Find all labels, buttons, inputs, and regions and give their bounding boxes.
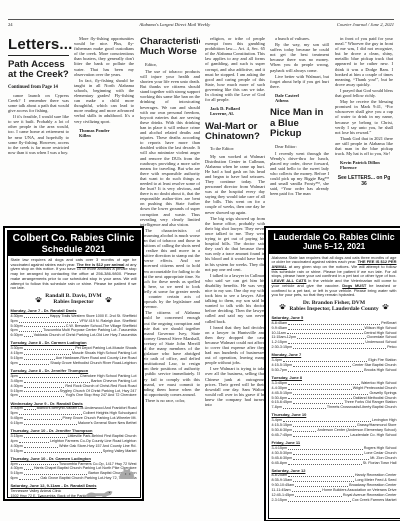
paw-print-icon [382, 303, 389, 310]
characteristics-body-col4: religion, or tribe of people exempt from… [205, 36, 265, 102]
dotted-leader [24, 469, 33, 470]
dog-illustration [84, 488, 114, 498]
schedule-row: 2-3:15pmCox Creek Farmers Market [272, 498, 397, 503]
dotted-leader [293, 366, 351, 367]
letter-paragraph: I recently went through the Wendy's driv… [270, 151, 329, 197]
dotted-leader [288, 501, 351, 502]
dotted-leader [19, 377, 79, 378]
blue-pickup-headline: Nice Man in a Blue Pickup [270, 108, 329, 139]
dotted-leader [24, 409, 36, 410]
letters-section-title: Letters... [8, 36, 69, 56]
letter-paragraph: My son worked at Walmart Distribution Ce… [205, 154, 265, 215]
header-rule [8, 19, 394, 20]
characteristics-headline: Characteristics Much Worse [140, 37, 200, 58]
schedule-day-heading: Monday, June 7 - Dr. Randall Davis [11, 308, 137, 313]
schedule-time: 6pm [11, 361, 18, 366]
column-3: Characteristics Much Worse Editor, The u… [140, 36, 200, 518]
dotted-leader [19, 331, 42, 332]
dotted-leader [24, 387, 65, 388]
dotted-leader [24, 359, 55, 360]
schedule-location: Shady Grove Methodist Church River Road-… [50, 361, 136, 366]
schedule-row: 7-8pmThreets Crossroads/Liberty Baptist … [272, 405, 397, 410]
dotted-leader [288, 371, 363, 372]
dotted-leader [288, 449, 363, 450]
schedule-row: 6:15pmMalone's General Store New Bethel [11, 421, 137, 426]
lauderdale-clinic-header: Lauderdale Co. Rabies Clinic June 5–12, … [269, 231, 400, 254]
schedule-day-heading: Thursday, June 10 - Dr. Jennifer Thompso… [11, 428, 137, 433]
schedule-time: 7-8pm [272, 405, 282, 410]
schedule-time: 6pm [11, 476, 18, 481]
schedule-time: 6:30pm [11, 333, 23, 338]
dotted-leader [293, 426, 356, 427]
schedule-time: 2-3:15pm [272, 498, 288, 503]
dotted-leader [24, 391, 59, 392]
letter-paragraph: I see Walmart is trying to take over all… [205, 366, 265, 407]
letter-paragraph: Thank God that in 2021 there are still p… [335, 136, 393, 156]
schedule-location: Spring Valley Market [103, 449, 137, 454]
schedule-row: 6pmShady Grove Methodist Church River Ro… [11, 361, 137, 366]
letter-paragraph: More fly-fishing opportunities would be … [74, 36, 134, 77]
characteristics-salutation: Editor, [140, 62, 200, 67]
path-access-body-col1: canoe launch on Cypress Creek? I remembe… [8, 93, 69, 155]
schedule-row: 6pmYogi's One Stop Hwy 247 And 72 Cherok… [11, 393, 137, 398]
schedule-location: Cox Creek Farmers Market [352, 498, 396, 503]
dotted-leader [283, 408, 326, 409]
letter-paragraph: a bunch of vultures. [270, 36, 329, 41]
see-more-note: See LETTERS... on Pg 36 [335, 175, 393, 187]
letter-paragraph: By the way, my son still suffers today b… [270, 42, 329, 73]
letter-paragraph: I talked to a lawyer in Cullman who said… [205, 273, 265, 324]
colbert-clinic-title: Colbert Co. Rabies Clinic [8, 233, 140, 244]
letter-paragraph: Live better with Walmart, but forget abo… [270, 74, 329, 89]
letter-paragraph: The use of tobacco products will injure … [140, 69, 200, 227]
schedule-day-heading: Thursday, June 10 [272, 412, 397, 417]
walmart-signature: Dale Casteel Athens [270, 93, 329, 103]
schedule-day-heading: Tuesday, June 8 - Dr. Jennifer Thompson [11, 368, 137, 373]
signature-city: Florence [335, 165, 393, 170]
page-header: 24 Alabama's Largest Direct Mail Weekly … [8, 22, 394, 27]
dotted-leader [24, 447, 58, 448]
intro-segment: at any given stop on this notice. If you… [11, 262, 137, 291]
schedule-time: 6:45-7:45pm [272, 433, 293, 438]
schedule-row: 5:15pmSpring Valley Market [11, 449, 137, 454]
paw-print-icon [45, 496, 55, 498]
letter-paragraph: If it's feasible, I would sure like to s… [8, 114, 69, 155]
dotted-leader [288, 398, 352, 399]
schedule-time: 6pm [11, 393, 18, 398]
colbert-clinic-subtitle: Schedule 2021 [8, 244, 140, 254]
dotted-leader [24, 382, 90, 383]
dotted-leader [19, 322, 79, 323]
lauderdale-inspector-title: Rabies Inspector, Lauderdale County [289, 306, 378, 312]
schedule-row: 5:30-7pmBrooks High School [272, 368, 397, 373]
dotted-leader [292, 491, 322, 492]
colbert-inspector-block: Randall B. Davis, DVM Rabies Inspector [11, 293, 137, 306]
colbert-intro-text: State law requires all dogs and cats ove… [11, 258, 137, 291]
letter-paragraph: religion, or tribe of people exempt from… [205, 36, 265, 102]
column-6: in front of you paid for your meal.” Who… [335, 36, 393, 221]
colbert-clinic-header: Colbert Co. Rabies Clinic Schedule 2021 [8, 231, 140, 257]
dotted-leader [24, 336, 33, 337]
dotted-leader [24, 354, 71, 355]
dotted-leader [283, 361, 367, 362]
schedule-day-heading: Tuesday, June 8 - Dr. Carmen Ludington [11, 340, 137, 345]
path-access-body-col2: More fly-fishing opportunities would be … [74, 36, 134, 124]
schedule-location: Lauderdale Co. High School [350, 433, 396, 438]
dotted-leader [24, 419, 62, 420]
signature-city: Luverne, Al. [205, 111, 265, 116]
schedule-time: 5:30-7pm [272, 368, 288, 373]
dotted-leader [19, 414, 82, 415]
lauderdale-clinic-title: Lauderdale Co. Rabies Clinic [269, 233, 400, 243]
letter-paragraph: In fact, fly-fishing should be taught in… [74, 78, 134, 124]
newspaper-page: 24 Alabama's Largest Direct Mail Weekly … [0, 0, 400, 521]
dotted-leader [19, 364, 50, 365]
dotted-leader [287, 333, 363, 334]
schedule-row: 6:45-8pmSt. Florian Town Hall [272, 461, 397, 466]
column-2: More fly-fishing opportunities would be … [74, 36, 134, 226]
walmart-body-col5: a bunch of vultures.By the way, my son s… [270, 36, 329, 89]
dotted-leader [24, 474, 88, 475]
schedule-time: 2:30-3:15pm [272, 345, 293, 350]
dotted-leader [288, 343, 364, 344]
lauderdale-intro-text: Alabama State law requires that all dogs… [272, 256, 397, 298]
lauderdale-rabies-clinic-ad: Lauderdale Co. Rabies Clinic June 5–12, … [264, 226, 400, 521]
dotted-leader [293, 431, 316, 432]
dotted-leader [19, 464, 58, 465]
dotted-leader [288, 329, 363, 330]
dotted-leader [19, 442, 49, 443]
schedule-day-heading: Thursday, June 10 - Dr. Carmen Ludington [11, 456, 137, 461]
dotted-leader [24, 452, 102, 453]
signature-city: Athens [270, 98, 329, 103]
walmart-body-col4: My son worked at Walmart Distribution Ce… [205, 154, 265, 408]
dotted-leader [288, 384, 360, 385]
schedule-row: 6:30pmValdosta Church of Christ Parking … [11, 333, 137, 338]
colbert-rabies-clinic-ad: Colbert Co. Rabies Clinic Schedule 2021 … [3, 226, 144, 501]
dotted-leader [19, 396, 65, 397]
lauderdale-schedule: Saturday, June 58-8:45amPetSmart9-9:45am… [272, 315, 397, 503]
characteristics-body-col3: The use of tobacco products will injure … [140, 69, 200, 403]
dotted-leader [283, 421, 371, 422]
blue-pickup-salutation: Dear Editor: [270, 144, 329, 149]
schedule-note: 1502 Hwy 72 E, Tuscumbia, Back of the Pa… [11, 494, 137, 497]
dotted-leader [24, 317, 49, 318]
dotted-leader [288, 324, 380, 325]
column-1: Letters... Path Access at the Creek? Con… [8, 36, 69, 155]
schedule-day-heading: Tuesday, June 8 [272, 375, 397, 380]
schedule-location: Petco [387, 345, 396, 350]
blue-pickup-signature: Kevin Patrick Dillon Florence [335, 160, 393, 170]
paw-print-icon [35, 494, 45, 497]
paw-print-icon [279, 303, 286, 310]
dotted-leader [19, 479, 40, 480]
dotted-leader [293, 403, 343, 404]
dotted-leader [288, 476, 354, 477]
dotted-leader [24, 424, 77, 425]
dotted-leader [24, 326, 65, 327]
dotted-leader [293, 454, 363, 455]
letter-paragraph: The characteristics of consuming alcohol… [140, 228, 200, 310]
schedule-time: 6:45-8pm [272, 461, 288, 466]
column-4: religion, or tribe of people exempt from… [205, 36, 265, 518]
dotted-leader [288, 389, 352, 390]
dotted-leader [293, 481, 354, 482]
letter-paragraph: I prayed that God would bless that good … [335, 88, 393, 98]
walmart-salutation: To the Editor: [205, 146, 265, 151]
walmart-headline: Wal-Mart or Chinatown? [205, 122, 265, 143]
schedule-day-heading: Monday, June 7 [272, 352, 397, 357]
schedule-location: Valdosta Church of Christ Parking Lot-Ol… [34, 333, 137, 338]
letter-paragraph: The big wigs showed up from the home off… [205, 216, 265, 272]
blue-pickup-body-col6: in front of you paid for your meal.” Who… [335, 36, 393, 156]
dotted-leader [297, 338, 366, 339]
schedule-location: St. Florian Town Hall [363, 461, 397, 466]
dotted-leader [24, 437, 67, 438]
schedule-location: Yogi's One Stop Hwy 247 And 72 Cherokee [65, 393, 136, 398]
paw-print-icon [35, 296, 42, 303]
characteristics-signature: Jack D. Pollard Luverne, Al. [205, 106, 265, 116]
column-5: a bunch of vultures.By the way, my son s… [270, 36, 329, 223]
schedule-row: 6:45-7:45pmLauderdale Co. High School [272, 433, 397, 438]
letter-paragraph: I heard that they had decided on a lawye… [205, 325, 265, 366]
schedule-row: 2:30-3:15pmPetco [272, 345, 397, 350]
paw-print-icon [105, 296, 112, 303]
schedule-location: Brooks High School [364, 368, 396, 373]
paw-prints-decoration [36, 495, 55, 498]
schedule-day-heading: Saturday, June 5 [272, 315, 397, 320]
letter-paragraph: canoe launch on Cypress Creek? I remembe… [8, 93, 69, 113]
letter-paragraph: The citizens of Alabama should be concer… [140, 310, 200, 397]
schedule-day-heading: Saturday, June 12, 9-11am - Dr. Randall … [11, 483, 137, 488]
dotted-leader [295, 486, 348, 487]
path-access-headline: Path Access at the Creek? [8, 60, 69, 81]
path-access-signature: Thomas Ponder Killen [74, 128, 134, 138]
continued-from-note: Continued from Page 14 [8, 85, 69, 90]
dotted-leader [293, 436, 349, 437]
schedule-day-heading: Saturday, June 12 [272, 468, 397, 473]
dotted-leader [295, 496, 342, 497]
dotted-leader [293, 348, 386, 349]
colbert-inspector-title: Rabies Inspector [45, 299, 101, 305]
lauderdale-inspector-block: Dr. Brandon Fisher, DVM Rabies Inspector… [272, 300, 397, 313]
schedule-day-heading: Friday, June 11 [272, 440, 397, 445]
schedule-location: Malone's General Store New Bethel [78, 421, 137, 426]
schedule-time: 5:15pm [11, 449, 23, 454]
schedule-time: 6:15pm [11, 421, 23, 426]
issue-date: Courier Journal / June 2, 2021 [337, 22, 394, 27]
intro-segment: at any given stop on the notices. We wil… [272, 264, 397, 278]
cat-illustration [116, 464, 136, 480]
letter-paragraph: There is no race, color, [140, 398, 200, 403]
masthead-tagline: Alabama's Largest Direct Mail Weekly [13, 22, 337, 27]
schedule-location: Threets Crossroads/Liberty Baptist Churc… [327, 405, 397, 410]
signature-city: Killen [74, 133, 134, 138]
letter-paragraph: May he receive the blessing promised in … [335, 99, 393, 135]
letter-paragraph: in front of you paid for your meal.” Who… [335, 36, 393, 87]
dotted-leader [288, 464, 362, 465]
schedule-day-heading: Wednesday June 9 - Dr. Randall Davis [11, 401, 137, 406]
blue-pickup-body-col5: I recently went through the Wendy's driv… [270, 151, 329, 197]
dotted-leader [24, 349, 74, 350]
dotted-leader [293, 394, 368, 395]
lauderdale-clinic-subtitle: June 5–12, 2021 [269, 242, 400, 251]
dotted-leader [293, 459, 369, 460]
